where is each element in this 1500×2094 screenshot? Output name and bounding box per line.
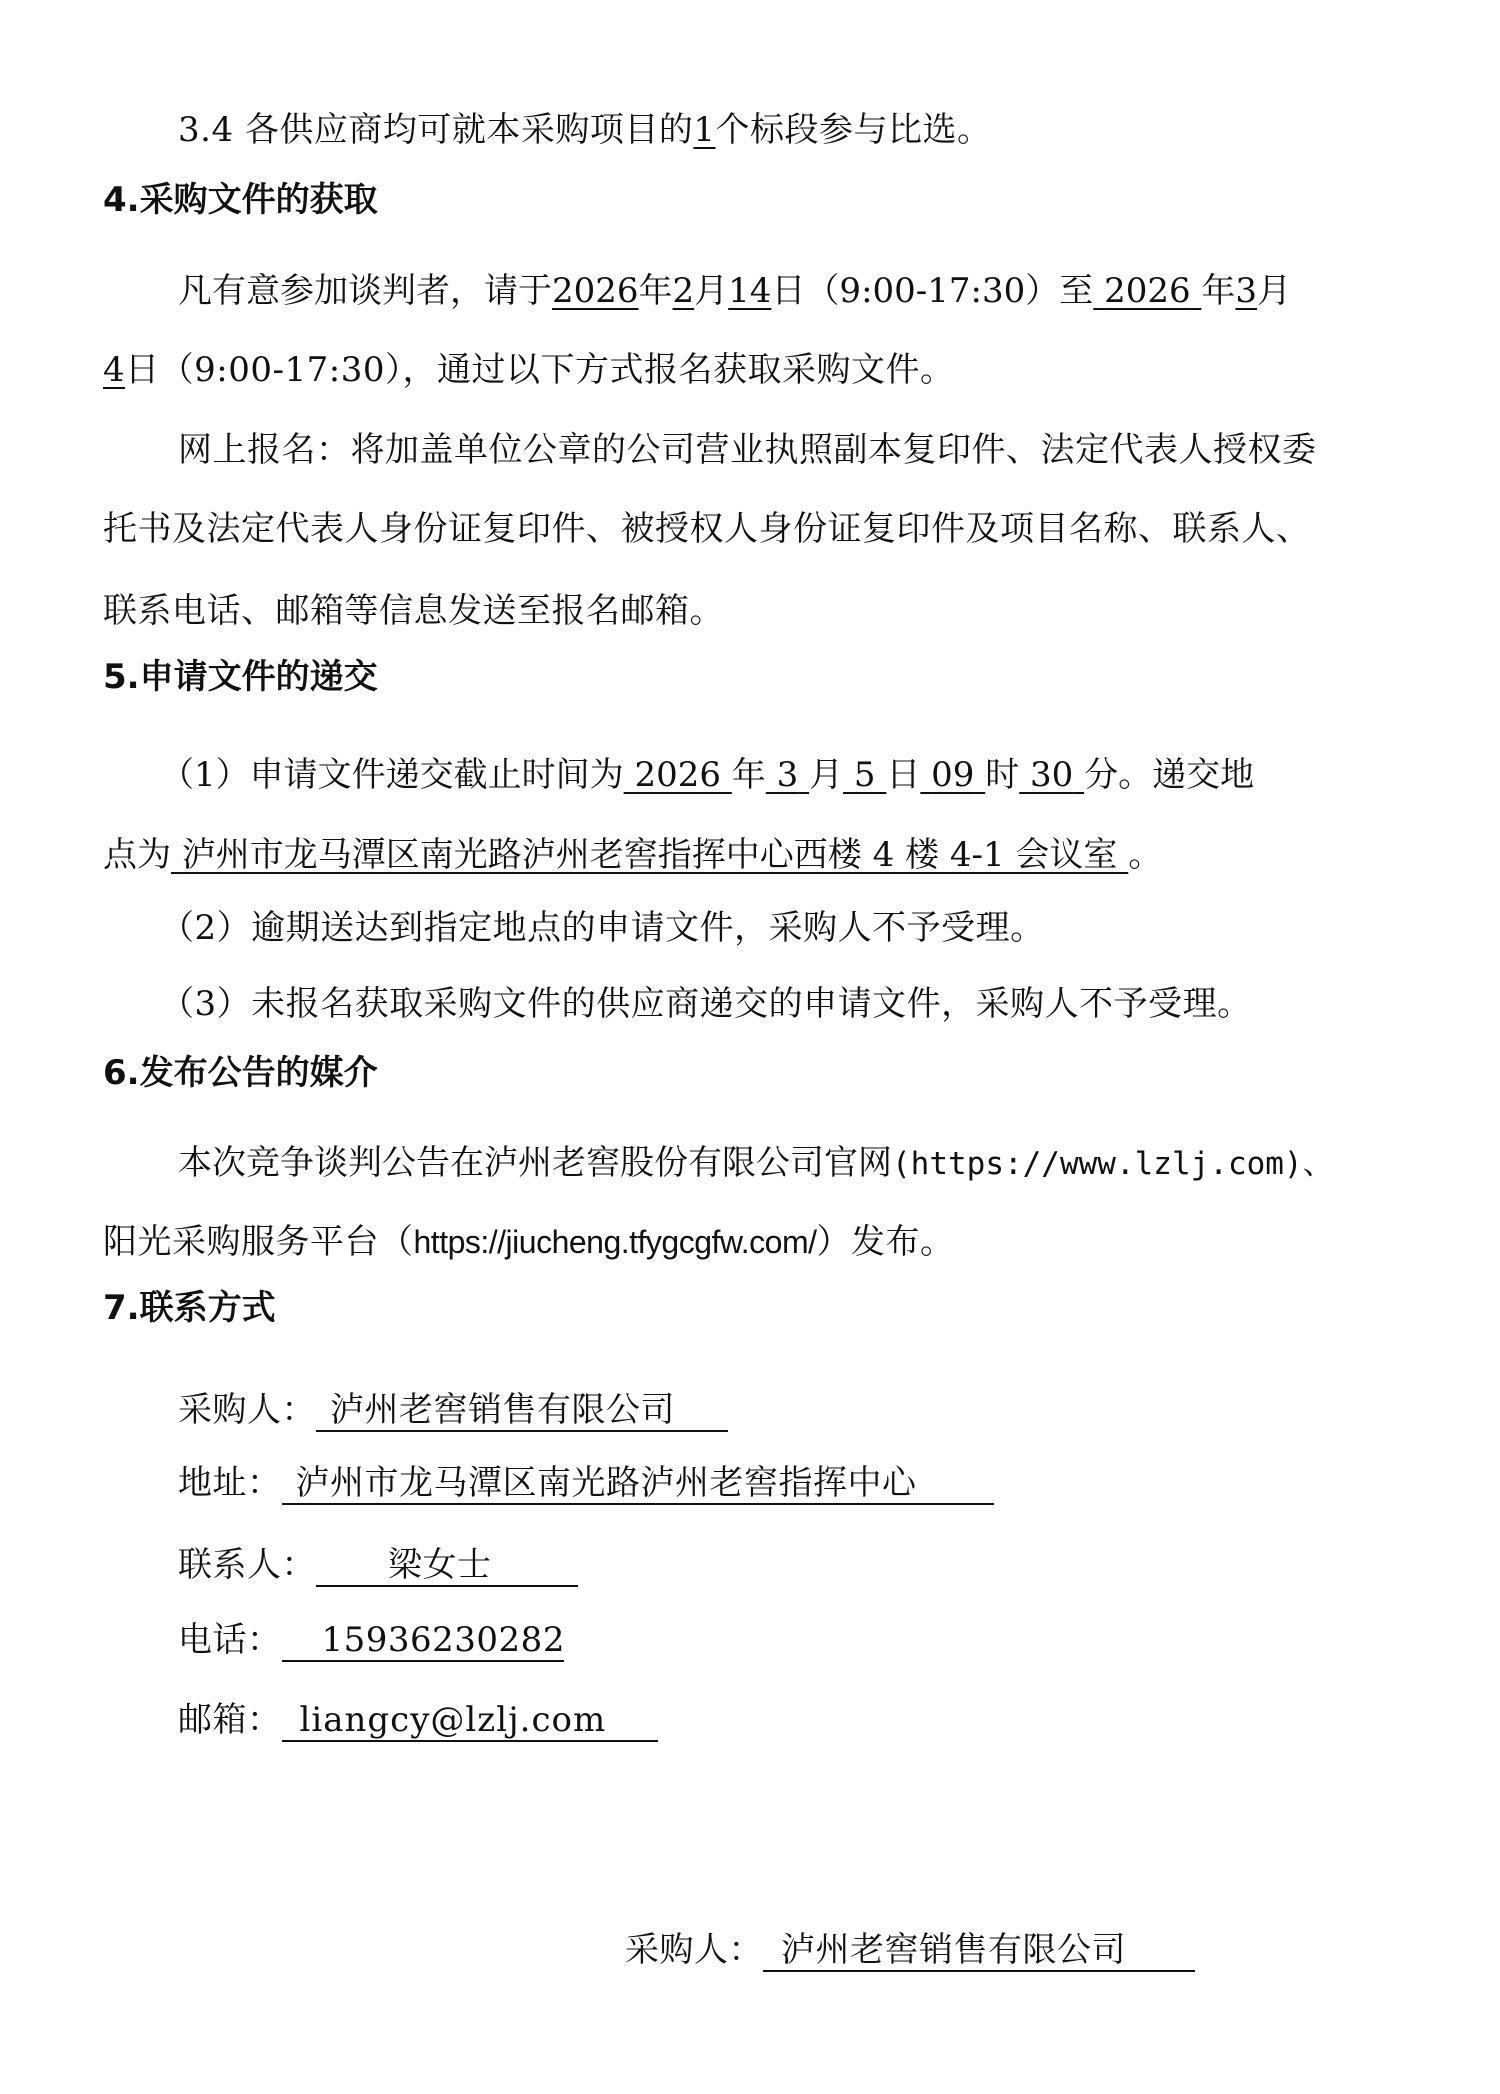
text: （1）申请文件递交截止时间为 — [160, 755, 624, 795]
address-value: 泸州市龙马潭区南光路泸州老窖指挥中心 — [282, 1463, 994, 1505]
text: 时 — [985, 755, 1019, 795]
deadline-month-value: 3 — [777, 755, 799, 795]
signature-block: 采购人：泸州老窖销售有限公司 — [625, 1928, 1195, 1972]
text: 日（9:00-17:30），通过以下方式报名获取采购文件。 — [125, 350, 954, 390]
contact-email: 邮箱：liangcy@lzlj.com — [178, 1698, 658, 1742]
text: 凡有意参加谈判者，请于 — [178, 271, 552, 311]
email-label: 邮箱： — [178, 1698, 282, 1742]
text: 日 — [886, 755, 920, 795]
end-year: 2026 — [1093, 271, 1201, 311]
platform-link[interactable]: https://jiucheng.tfygcgfw.com/ — [414, 1224, 817, 1260]
email-value: liangcy@lzlj.com — [282, 1700, 658, 1742]
deadline-day: 5 — [843, 755, 886, 795]
deadline-year: 2026 — [624, 755, 732, 795]
contact-phone: 电话：15936230282 — [178, 1618, 564, 1662]
contact-address: 地址：泸州市龙马潭区南光路泸州老窖指挥中心 — [178, 1461, 994, 1505]
section-4-para1-line2: 4日（9:00-17:30），通过以下方式报名获取采购文件。 — [103, 348, 954, 392]
text: 点为 — [103, 835, 171, 875]
phone-value: 15936230282 — [282, 1620, 564, 1662]
deadline-month: 3 — [766, 755, 809, 795]
text: 年 — [1201, 271, 1235, 311]
deadline-minute-value: 30 — [1030, 755, 1073, 795]
end-year-value: 2026 — [1104, 271, 1191, 311]
text: 月 — [809, 755, 843, 795]
end-month: 3 — [1235, 271, 1257, 311]
section-4-para2-line1: 网上报名：将加盖单位公章的公司营业执照副本复印件、法定代表人授权委 — [178, 428, 1317, 472]
section-4-para2-line2: 托书及法定代表人身份证复印件、被授权人身份证复印件及项目名称、联系人、 — [103, 507, 1311, 551]
section-6-heading: 6.发布公告的媒介 — [103, 1051, 378, 1095]
text: 阳光采购服务平台（ — [103, 1222, 414, 1262]
section-5-item2: （2）逾期送达到指定地点的申请文件，采购人不予受理。 — [160, 906, 1045, 950]
section-4-heading: 4.采购文件的获取 — [103, 178, 378, 222]
text: 本次竞争谈判公告在泸州老窖股份有限公司官网 — [178, 1143, 892, 1183]
purchaser-value: 泸州老窖销售有限公司 — [316, 1390, 728, 1432]
text: ）发布。 — [816, 1222, 954, 1262]
start-year: 2026 — [552, 271, 639, 311]
contact-person: 联系人：梁女士 — [178, 1543, 578, 1587]
contact-person-label: 联系人： — [178, 1543, 316, 1587]
text: 年 — [639, 271, 673, 311]
phone-label: 电话： — [178, 1618, 282, 1662]
text: 分。递交地 — [1084, 755, 1254, 795]
text: 月 — [694, 271, 728, 311]
section-5-item3: （3）未报名获取采购文件的供应商递交的申请文件，采购人不予受理。 — [160, 982, 1252, 1026]
clause-3-4-suffix: 个标段参与比选。 — [716, 110, 992, 150]
section-7-heading: 7.联系方式 — [103, 1286, 276, 1330]
submission-location: 泸州市龙马潭区南光路泸州老窖指挥中心西楼 4 楼 4-1 会议室 — [171, 835, 1128, 875]
section-5-item1-line1: （1）申请文件递交截止时间为 2026 年 3 月 5 日 09 时 30 分。… — [160, 753, 1254, 797]
official-site-link[interactable]: (https://www.lzlj.com)、 — [892, 1146, 1334, 1182]
contact-purchaser: 采购人：泸州老窖销售有限公司 — [178, 1388, 728, 1432]
address-label: 地址： — [178, 1461, 282, 1505]
signature-label: 采购人： — [625, 1928, 763, 1972]
start-day: 14 — [728, 271, 771, 311]
text: 月 — [1257, 271, 1291, 311]
deadline-year-value: 2026 — [634, 755, 721, 795]
text: 。 — [1128, 835, 1162, 875]
section-4-para1-line1: 凡有意参加谈判者，请于2026年2月14日（9:00-17:30）至 2026 … — [178, 269, 1291, 313]
signature-value: 泸州老窖销售有限公司 — [763, 1930, 1195, 1972]
section-6-line2: 阳光采购服务平台（https://jiucheng.tfygcgfw.com/）… — [103, 1220, 954, 1264]
purchaser-label: 采购人： — [178, 1388, 316, 1432]
contact-person-value: 梁女士 — [316, 1545, 578, 1587]
section-6-line1: 本次竞争谈判公告在泸州老窖股份有限公司官网(https://www.lzlj.c… — [178, 1141, 1334, 1185]
start-month: 2 — [673, 271, 695, 311]
clause-3-4: 3.4 各供应商均可就本采购项目的1个标段参与比选。 — [178, 108, 992, 152]
deadline-hour-value: 09 — [931, 755, 974, 795]
clause-3-4-text: 3.4 各供应商均可就本采购项目的 — [178, 110, 693, 150]
section-5-heading: 5.申请文件的递交 — [103, 655, 378, 699]
deadline-day-value: 5 — [854, 755, 876, 795]
text: 日（9:00-17:30）至 — [771, 271, 1093, 311]
section-4-para2-line3: 联系电话、邮箱等信息发送至报名邮箱。 — [103, 589, 724, 633]
submission-location-value: 泸州市龙马潭区南光路泸州老窖指挥中心西楼 4 楼 4-1 会议室 — [182, 835, 1118, 875]
section-5-item1-line2: 点为 泸州市龙马潭区南光路泸州老窖指挥中心西楼 4 楼 4-1 会议室 。 — [103, 833, 1162, 877]
deadline-minute: 30 — [1019, 755, 1084, 795]
deadline-hour: 09 — [920, 755, 985, 795]
bid-section-count: 1 — [693, 110, 715, 150]
text: 年 — [732, 755, 766, 795]
end-day: 4 — [103, 350, 125, 390]
